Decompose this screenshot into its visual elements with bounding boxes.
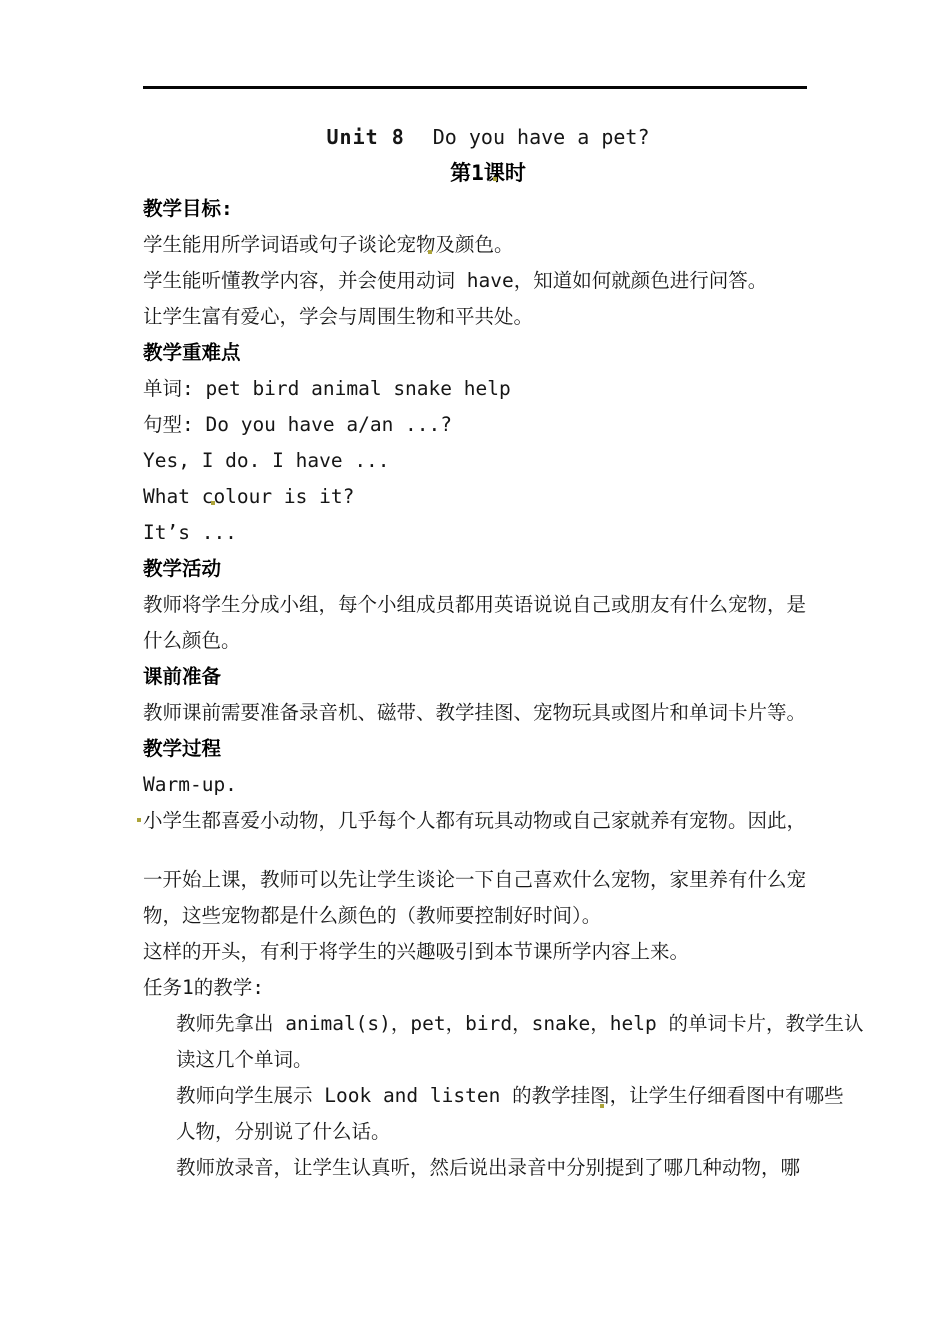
heading-teaching-objectives: 教学目标:	[143, 191, 833, 227]
heading-teaching-process: 教学过程	[143, 731, 833, 767]
doc-line: 学生能听懂教学内容，并会使用动词 have，知道如何就颜色进行问答。	[143, 263, 833, 299]
doc-line: 教师放录音，让学生认真听，然后说出录音中分别提到了哪几种动物，哪	[143, 1150, 833, 1186]
doc-line: 教师先拿出 animal(s)，pet，bird，snake，help 的单词卡…	[143, 1006, 833, 1042]
doc-line: 学生能用所学词语或句子谈论宠物及颜色。	[143, 227, 833, 263]
doc-line: 让学生富有爱心，学会与周围生物和平共处。	[143, 299, 833, 335]
doc-line: 教师课前需要准备录音机、磁带、教学挂图、宠物玩具或图片和单词卡片等。	[143, 695, 833, 731]
doc-line: 教师将学生分成小组，每个小组成员都用英语说说自己或朋友有什么宠物，是	[143, 587, 833, 623]
doc-line: 什么颜色。	[143, 623, 833, 659]
heading-class-preparation: 课前准备	[143, 659, 833, 695]
document-page: Unit 8Do you have a pet? 第1课时 教学目标: 学生能用…	[0, 0, 950, 1344]
artifact-speck	[211, 501, 215, 505]
doc-line: 读这几个单词。	[143, 1042, 833, 1078]
artifact-speck	[600, 1104, 604, 1108]
document-content: Unit 8Do you have a pet? 第1课时 教学目标: 学生能用…	[143, 119, 833, 1186]
doc-line: 人物，分别说了什么话。	[143, 1114, 833, 1150]
header-rule	[143, 86, 807, 89]
blank-line	[143, 839, 833, 862]
heading-teaching-activities: 教学活动	[143, 551, 833, 587]
doc-title-text: Do you have a pet?	[433, 125, 650, 149]
artifact-speck	[428, 250, 432, 254]
doc-line: Warm-up.	[143, 767, 833, 803]
doc-line: 这样的开头，有利于将学生的兴趣吸引到本节课所学内容上来。	[143, 934, 833, 970]
heading-key-difficult-points: 教学重难点	[143, 335, 833, 371]
doc-line: 物，这些宠物都是什么颜色的（教师要控制好时间）。	[143, 898, 833, 934]
doc-line: 单词: pet bird animal snake help	[143, 371, 833, 407]
doc-line: 句型: Do you have a/an ...?	[143, 407, 833, 443]
doc-title-unit: Unit 8	[327, 125, 405, 149]
doc-line: Yes, I do. I have ...	[143, 443, 833, 479]
doc-line: What colour is it?	[143, 479, 833, 515]
doc-line: 小学生都喜爱小动物，几乎每个人都有玩具动物或自己家就养有宠物。因此，	[143, 803, 833, 839]
artifact-speck	[493, 177, 497, 181]
doc-line: It’s ...	[143, 515, 833, 551]
doc-line: 一开始上课，教师可以先让学生谈论一下自己喜欢什么宠物，家里养有什么宠	[143, 862, 833, 898]
doc-line: 教师向学生展示 Look and listen 的教学挂图，让学生仔细看图中有哪…	[143, 1078, 833, 1114]
doc-line: 任务1的教学:	[143, 970, 833, 1006]
artifact-speck	[137, 818, 141, 822]
doc-title: Unit 8Do you have a pet?	[143, 119, 833, 155]
doc-subtitle: 第1课时	[143, 155, 833, 191]
